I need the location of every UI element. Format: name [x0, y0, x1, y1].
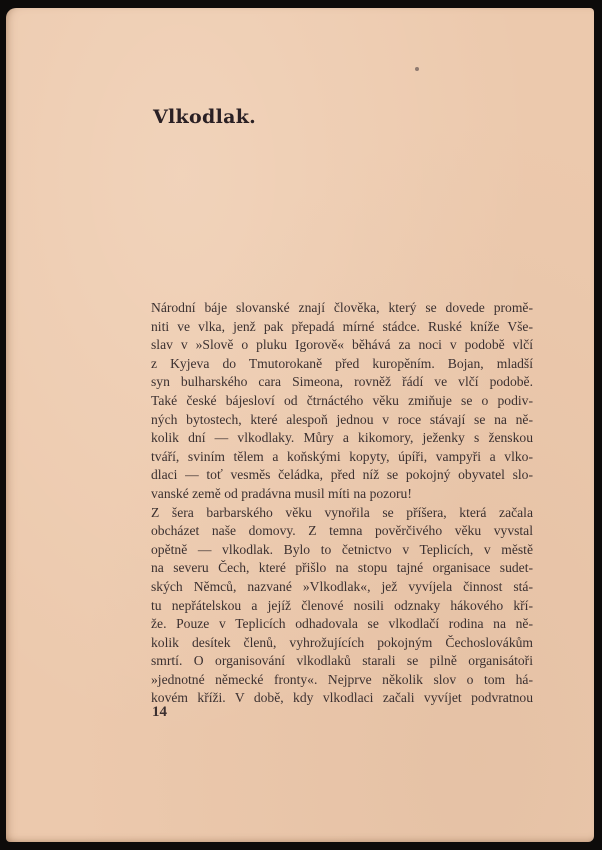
- text-line: na severu Čech, které přišlo na stopu ta…: [151, 559, 533, 578]
- text-line: z Kyjeva do Tmutorokaně před kuropěním. …: [151, 355, 533, 374]
- text-line: kovém kříži. V době, kdy vlkodlaci začal…: [151, 689, 533, 708]
- text-line: Národní báje slovanské znají člověka, kt…: [151, 299, 533, 318]
- page-number: 14: [152, 704, 167, 721]
- text-line: dlaci — toť vesměs čeládka, před níž se …: [151, 466, 533, 485]
- paper-speck: [415, 67, 419, 71]
- text-line: smrtí. O organisování vlkodlaků starali …: [151, 652, 533, 671]
- text-line: že. Pouze v Teplicích odhadovala se vlko…: [151, 615, 533, 634]
- body-text: Národní báje slovanské znají člověka, kt…: [151, 299, 533, 708]
- text-line: ských Němců, nazvané »Vlkodlak«, jež vyv…: [151, 578, 533, 597]
- text-line: vanské země od pradávna musil míti na po…: [151, 485, 533, 504]
- text-line: niti ve vlka, jenž pak přepadá mírné stá…: [151, 318, 533, 337]
- text-line: »jednotné německé fronty«. Nejprve někol…: [151, 671, 533, 690]
- text-line: tváří, sviním tělem a koňskými kopyty, ú…: [151, 448, 533, 467]
- text-line: tu nepřátelskou a jejíž členové nosili o…: [151, 597, 533, 616]
- text-line: kolik desítek členů, vyhrožujících pokoj…: [151, 634, 533, 653]
- text-line: Z šera barbarského věku vynořila se příš…: [151, 504, 533, 523]
- text-line: syn bulharského cara Simeona, rovněž řád…: [151, 373, 533, 392]
- text-line: ných bytostech, které alespoň jednou v r…: [151, 411, 533, 430]
- book-page: Vlkodlak. Národní báje slovanské znají č…: [6, 8, 594, 842]
- text-line: slav v »Slově o pluku Igorově« běhává za…: [151, 336, 533, 355]
- text-line: kolik dní — vlkodlaky. Můry a kikomory, …: [151, 429, 533, 448]
- chapter-title: Vlkodlak.: [153, 106, 256, 128]
- text-line: Také české bájesloví od čtrnáctého věku …: [151, 392, 533, 411]
- text-line: obcházet naše domovy. Z temna pověrčivéh…: [151, 522, 533, 541]
- text-line: opětně — vlkodlak. Bylo to četnictvo v T…: [151, 541, 533, 560]
